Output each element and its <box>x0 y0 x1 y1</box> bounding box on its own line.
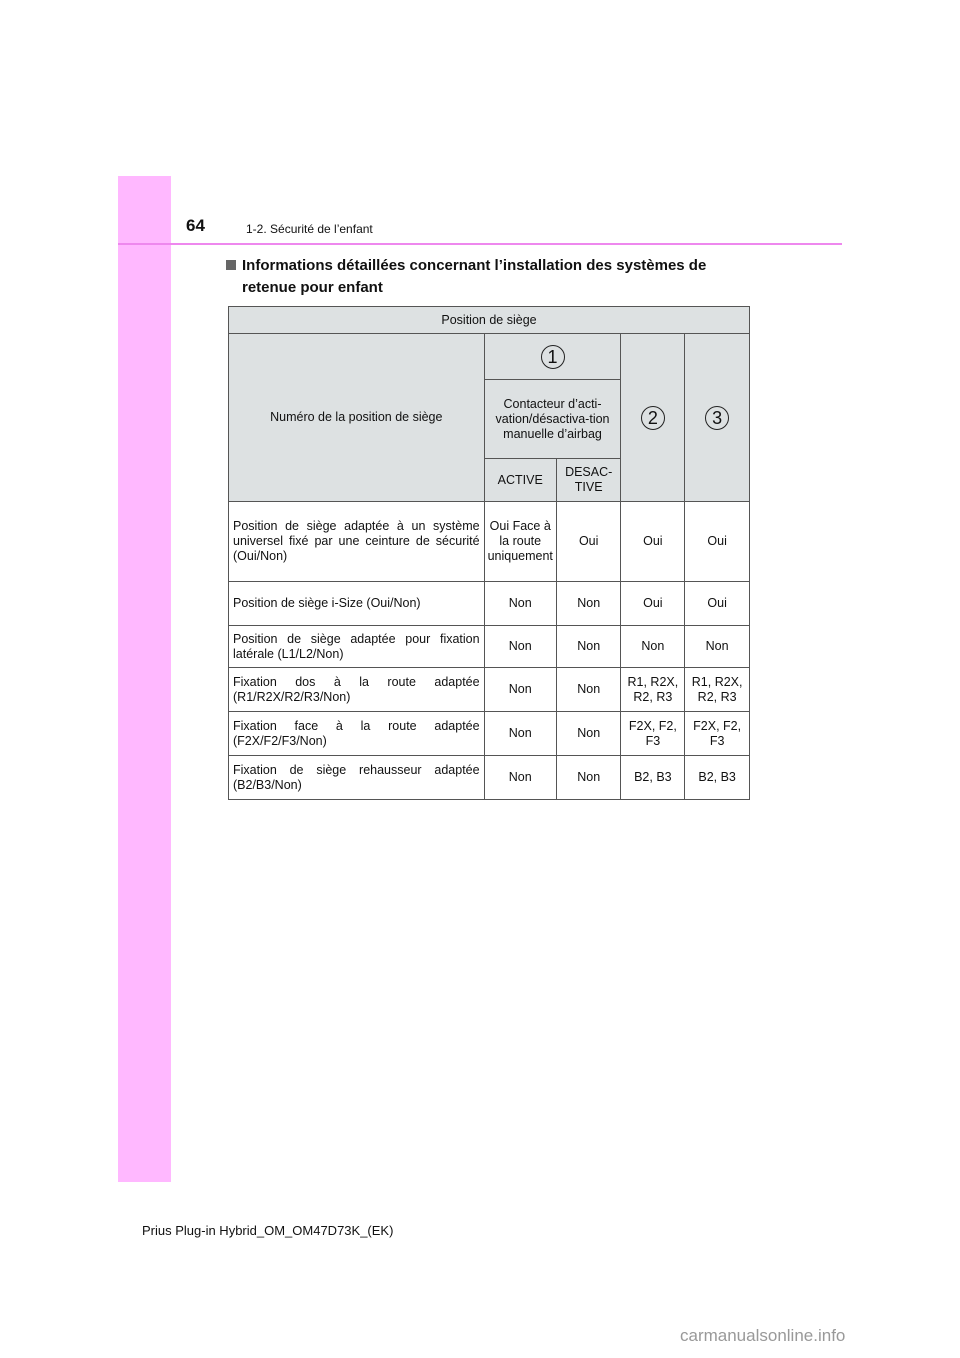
airbag-switch-header: Contacteur d’acti-vation/désactiva-tion … <box>484 380 621 459</box>
row-label: Position de siège adaptée à un système u… <box>229 502 485 582</box>
table-row: Position de siège adaptée à un système u… <box>229 502 750 582</box>
watermark: carmanualsonline.info <box>680 1326 845 1346</box>
circled-3-icon: 3 <box>705 406 729 430</box>
cell-value: B2, B3 <box>685 756 750 800</box>
cell-value: Non <box>556 668 621 712</box>
cell-value: R1, R2X, R2, R3 <box>621 668 685 712</box>
row-label: Position de siège adaptée pour fixation … <box>229 626 485 668</box>
cell-value: Oui <box>556 502 621 582</box>
cell-value: B2, B3 <box>621 756 685 800</box>
cell-value: F2X, F2, F3 <box>685 712 750 756</box>
cell-value: Non <box>556 626 621 668</box>
header-rule <box>118 243 842 245</box>
cell-value: Non <box>621 626 685 668</box>
cell-value: Non <box>556 582 621 626</box>
row-label: Position de siège i-Size (Oui/Non) <box>229 582 485 626</box>
section-heading: Informations détaillées concernant l’ins… <box>226 255 748 299</box>
seat-3-header: 3 <box>685 334 750 502</box>
cell-value: Oui Face à la route uniquement <box>484 502 556 582</box>
cell-value: R1, R2X, R2, R3 <box>685 668 750 712</box>
cell-value: Non <box>556 756 621 800</box>
active-header: ACTIVE <box>484 459 556 502</box>
cell-value: Non <box>484 712 556 756</box>
seat-1-header: 1 <box>484 334 621 380</box>
square-bullet-icon <box>226 260 236 270</box>
cell-value: Non <box>484 582 556 626</box>
row-header: Numéro de la position de siège <box>229 334 485 502</box>
footer-text: Prius Plug-in Hybrid_OM_OM47D73K_(EK) <box>142 1223 393 1238</box>
cell-value: Non <box>685 626 750 668</box>
table-title: Position de siège <box>229 307 750 334</box>
circled-2-icon: 2 <box>641 406 665 430</box>
cell-value: Non <box>484 756 556 800</box>
cell-value: Oui <box>621 582 685 626</box>
cell-value: Oui <box>685 582 750 626</box>
cell-value: Non <box>484 668 556 712</box>
row-label: Fixation dos à la route adaptée (R1/R2X/… <box>229 668 485 712</box>
cell-value: F2X, F2, F3 <box>621 712 685 756</box>
seat-2-header: 2 <box>621 334 685 502</box>
page-number: 64 <box>186 216 205 236</box>
table-row: Fixation dos à la route adaptée (R1/R2X/… <box>229 668 750 712</box>
cell-value: Oui <box>685 502 750 582</box>
cell-value: Non <box>556 712 621 756</box>
circled-1-icon: 1 <box>541 345 565 369</box>
desactive-header: DESAC-TIVE <box>556 459 621 502</box>
row-label: Fixation de siège rehausseur adaptée (B2… <box>229 756 485 800</box>
table-row: Position de siège adaptée pour fixation … <box>229 626 750 668</box>
table-row: Position de siège i-Size (Oui/Non)NonNon… <box>229 582 750 626</box>
seat-installation-table: Position de siège Numéro de la position … <box>228 306 750 800</box>
row-label: Fixation face à la route adaptée (F2X/F2… <box>229 712 485 756</box>
section-title: 1-2. Sécurité de l’enfant <box>246 222 373 236</box>
table-row: Fixation face à la route adaptée (F2X/F2… <box>229 712 750 756</box>
cell-value: Non <box>484 626 556 668</box>
chapter-tab <box>118 176 171 1182</box>
table-row: Fixation de siège rehausseur adaptée (B2… <box>229 756 750 800</box>
cell-value: Oui <box>621 502 685 582</box>
